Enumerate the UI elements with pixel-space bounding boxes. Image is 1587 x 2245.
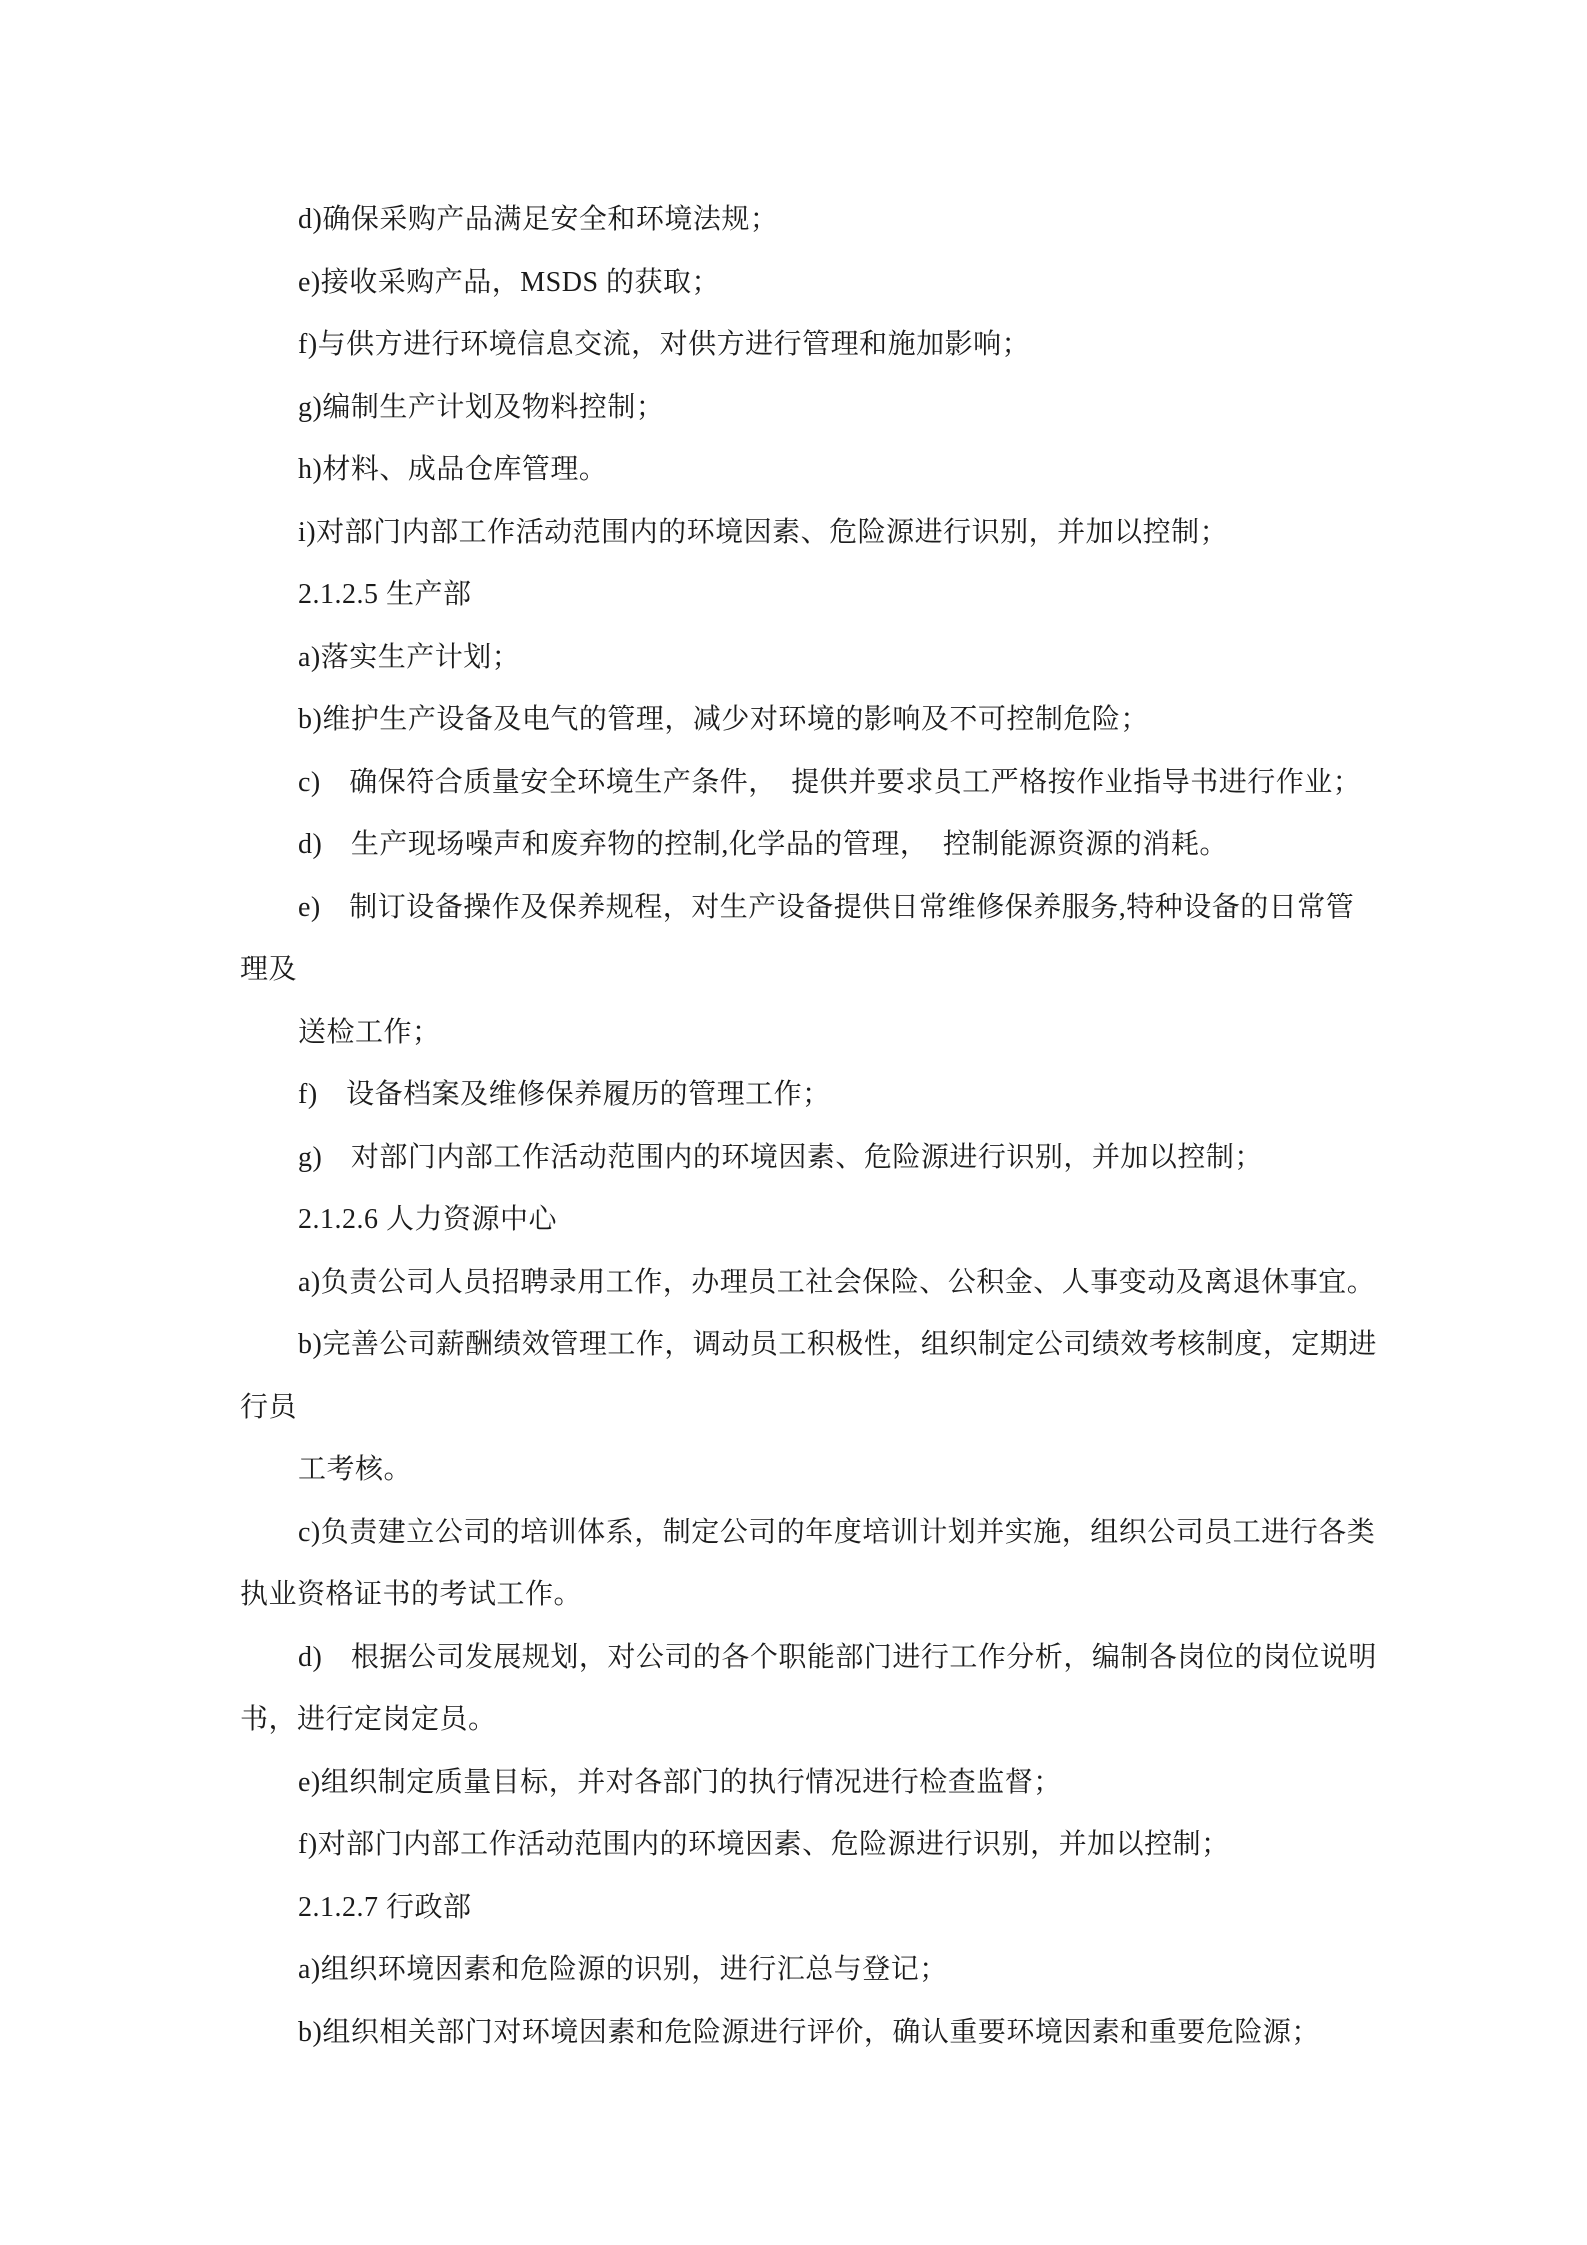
text-line: e) 制订设备操作及保养规程，对生产设备提供日常维修保养服务,特种设备的日常管 bbox=[240, 877, 1455, 940]
text-line: f) 设备档案及维修保养履历的管理工作； bbox=[240, 1064, 1455, 1127]
text-line: a)落实生产计划； bbox=[240, 627, 1455, 690]
text-line: h)材料、成品仓库管理。 bbox=[240, 439, 1455, 502]
text-line: a)负责公司人员招聘录用工作，办理员工社会保险、公积金、人事变动及离退休事宜。 bbox=[240, 1252, 1455, 1315]
text-line: b)完善公司薪酬绩效管理工作，调动员工积极性，组织制定公司绩效考核制度，定期进 bbox=[240, 1314, 1455, 1377]
text-line: g) 对部门内部工作活动范围内的环境因素、危险源进行识别，并加以控制； bbox=[240, 1127, 1455, 1190]
text-line: 理及 bbox=[240, 939, 1455, 1002]
section-heading: 2.1.2.7 行政部 bbox=[240, 1877, 1455, 1940]
text-line: b)维护生产设备及电气的管理，减少对环境的影响及不可控制危险； bbox=[240, 689, 1455, 752]
text-line: e)接收采购产品，MSDS 的获取； bbox=[240, 252, 1455, 315]
text-line: b)组织相关部门对环境因素和危险源进行评价，确认重要环境因素和重要危险源； bbox=[240, 2002, 1455, 2065]
section-heading: 2.1.2.6 人力资源中心 bbox=[240, 1189, 1455, 1252]
text-line: 行员 bbox=[240, 1377, 1455, 1440]
section-heading: 2.1.2.5 生产部 bbox=[240, 564, 1455, 627]
document-page: d)确保采购产品满足安全和环境法规； e)接收采购产品，MSDS 的获取； f)… bbox=[0, 0, 1587, 2245]
text-line: a)组织环境因素和危险源的识别，进行汇总与登记； bbox=[240, 1939, 1455, 2002]
text-line: d) 根据公司发展规划，对公司的各个职能部门进行工作分析，编制各岗位的岗位说明 bbox=[240, 1627, 1455, 1690]
text-line: 执业资格证书的考试工作。 bbox=[240, 1564, 1455, 1627]
text-line: g)编制生产计划及物料控制； bbox=[240, 377, 1455, 440]
text-line: d) 生产现场噪声和废弃物的控制,化学品的管理， 控制能源资源的消耗。 bbox=[240, 814, 1455, 877]
text-line: i)对部门内部工作活动范围内的环境因素、危险源进行识别，并加以控制； bbox=[240, 502, 1455, 565]
text-line: e)组织制定质量目标，并对各部门的执行情况进行检查监督； bbox=[240, 1752, 1455, 1815]
text-line: 书，进行定岗定员。 bbox=[240, 1689, 1455, 1752]
text-line: f)对部门内部工作活动范围内的环境因素、危险源进行识别，并加以控制； bbox=[240, 1814, 1455, 1877]
text-line: d)确保采购产品满足安全和环境法规； bbox=[240, 189, 1455, 252]
text-line: 工考核。 bbox=[240, 1439, 1455, 1502]
text-line: c) 确保符合质量安全环境生产条件， 提供并要求员工严格按作业指导书进行作业； bbox=[240, 752, 1455, 815]
document-text-block: d)确保采购产品满足安全和环境法规； e)接收采购产品，MSDS 的获取； f)… bbox=[240, 189, 1455, 2064]
text-line: f)与供方进行环境信息交流，对供方进行管理和施加影响； bbox=[240, 314, 1455, 377]
text-line: 送检工作； bbox=[240, 1002, 1455, 1065]
text-line: c)负责建立公司的培训体系，制定公司的年度培训计划并实施，组织公司员工进行各类 bbox=[240, 1502, 1455, 1565]
